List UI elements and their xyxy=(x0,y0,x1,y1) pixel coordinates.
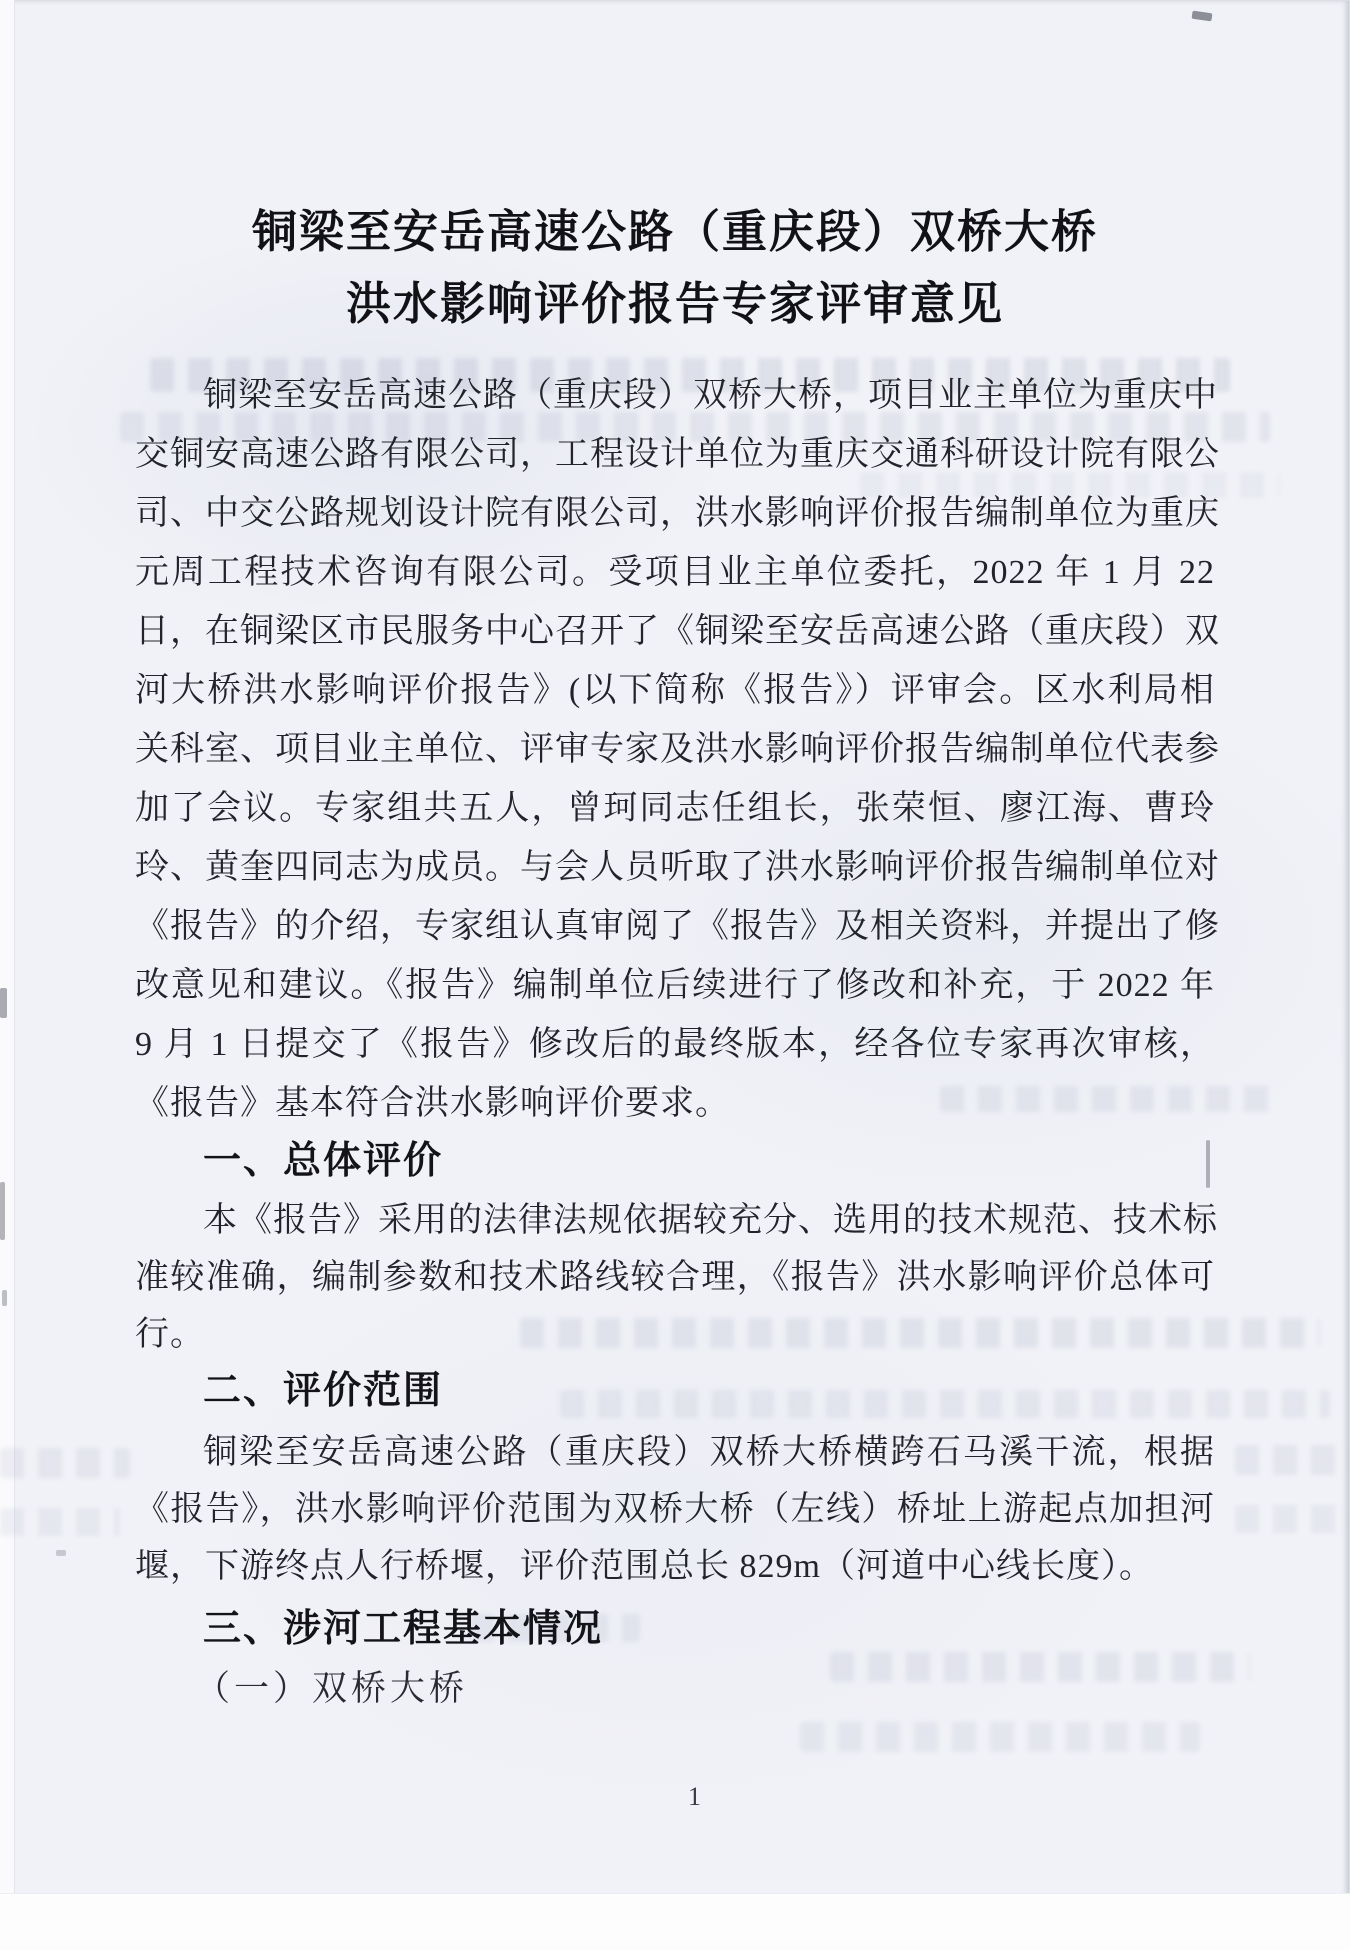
title-line-2: 洪水影响评价报告专家评审意见 xyxy=(135,268,1215,340)
section-evaluation-scope: 铜梁至安岳高速公路（重庆段）双桥大桥横跨石马溪干流，根据 《报告》，洪水影响评价… xyxy=(135,1424,1215,1595)
section-heading-overall-evaluation: 一、总体评价 xyxy=(135,1133,1215,1190)
document-title: 铜梁至安岳高速公路（重庆段）双桥大桥 洪水影响评价报告专家评审意见 xyxy=(135,196,1215,340)
section-heading-evaluation-scope: 二、评价范围 xyxy=(135,1363,1215,1420)
body-line: 改意见和建议。《报告》编制单位后续进行了修改和补充，于 2022 年 xyxy=(135,956,1215,1015)
body-line: 关科室、项目业主单位、评审专家及洪水影响评价报告编制单位代表参 xyxy=(135,720,1215,779)
body-line: 加了会议。专家组共五人，曾珂同志任组长，张荣恒、廖江海、曹玲 xyxy=(135,779,1215,838)
body-line: 行。 xyxy=(135,1306,1215,1363)
scanned-document-page: 铜梁至安岳高速公路（重庆段）双桥大桥 洪水影响评价报告专家评审意见 铜梁至安岳高… xyxy=(0,0,1350,1950)
section-overall-evaluation: 本《报告》采用的法律法规依据较充分、选用的技术规范、技术标 准较准确，编制参数和… xyxy=(135,1192,1215,1363)
body-line: 玲、黄奎四同志为成员。与会人员听取了洪水影响评价报告编制单位对 xyxy=(135,838,1215,897)
body-line: 本《报告》采用的法律法规依据较充分、选用的技术规范、技术标 xyxy=(135,1192,1215,1249)
body-line: 准较准确，编制参数和技术路线较合理，《报告》洪水影响评价总体可 xyxy=(135,1249,1215,1306)
scan-left-edge xyxy=(0,0,15,1950)
subsection-heading-shuangqiao-bridge: （一）双桥大桥 xyxy=(135,1660,1215,1717)
scan-artifact xyxy=(0,1448,130,1478)
body-line: 铜梁至安岳高速公路（重庆段）双桥大桥，项目业主单位为重庆中 xyxy=(135,366,1215,425)
body-line: 日，在铜梁区市民服务中心召开了《铜梁至安岳高速公路（重庆段）双 xyxy=(135,602,1215,661)
body-line: 《报告》，洪水影响评价范围为双桥大桥（左线）桥址上游起点加担河 xyxy=(135,1481,1215,1538)
body-line: 元周工程技术咨询有限公司。受项目业主单位委托，2022 年 1 月 22 xyxy=(135,543,1215,602)
page-number: 1 xyxy=(688,1782,701,1812)
scan-bottom-edge xyxy=(0,1893,1350,1950)
body-line: 《报告》的介绍，专家组认真审阅了《报告》及相关资料，并提出了修 xyxy=(135,897,1215,956)
document-body: 铜梁至安岳高速公路（重庆段）双桥大桥 洪水影响评价报告专家评审意见 铜梁至安岳高… xyxy=(135,0,1215,1717)
scan-artifact xyxy=(800,1722,1200,1752)
body-line: 9 月 1 日提交了《报告》修改后的最终版本，经各位专家再次审核， xyxy=(135,1015,1215,1074)
body-line: 《报告》基本符合洪水影响评价要求。 xyxy=(135,1074,1215,1133)
scan-artifact xyxy=(1235,1505,1350,1533)
body-line: 铜梁至安岳高速公路（重庆段）双桥大桥横跨石马溪干流，根据 xyxy=(135,1424,1215,1481)
scan-artifact xyxy=(0,1508,120,1536)
scan-artifact xyxy=(1235,1445,1350,1475)
body-line: 司、中交公路规划设计院有限公司，洪水影响评价报告编制单位为重庆 xyxy=(135,484,1215,543)
scan-artifact xyxy=(56,1550,66,1556)
body-line: 河大桥洪水影响评价报告》(以下简称《报告》）评审会。区水利局相 xyxy=(135,661,1215,720)
section-heading-project-basics: 三、涉河工程基本情况 xyxy=(135,1601,1215,1658)
intro-paragraph: 铜梁至安岳高速公路（重庆段）双桥大桥，项目业主单位为重庆中 交铜安高速公路有限公… xyxy=(135,366,1215,1133)
title-line-1: 铜梁至安岳高速公路（重庆段）双桥大桥 xyxy=(135,196,1215,268)
body-line: 交铜安高速公路有限公司，工程设计单位为重庆交通科研设计院有限公 xyxy=(135,425,1215,484)
body-line: 堰，下游终点人行桥堰，评价范围总长 829m（河道中心线长度）。 xyxy=(135,1538,1215,1595)
